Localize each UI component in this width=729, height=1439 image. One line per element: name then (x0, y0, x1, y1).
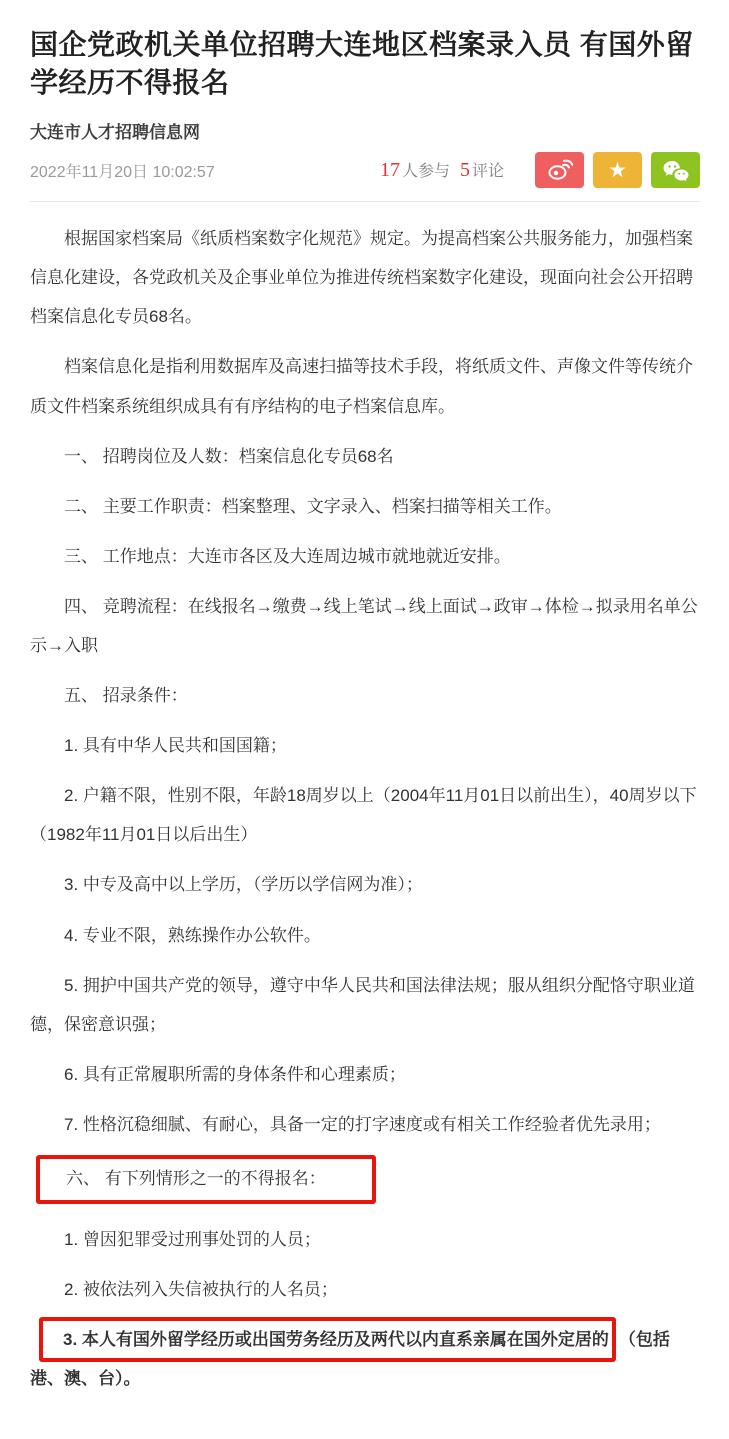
exclusion-2: 2. 被依法列入失信被执行的人名员； (30, 1270, 700, 1309)
section-5-conditions: 五、 招录条件： (30, 676, 700, 715)
condition-5: 5. 拥护中国共产党的领导，遵守中华人民共和国法律法规；服从组织分配恪守职业道德… (30, 966, 700, 1044)
highlight-box-heading: 六、 有下列情形之一的不得报名： (36, 1155, 376, 1204)
condition-3: 3. 中专及高中以上学历，（学历以学信网为准）； (30, 865, 700, 904)
exclusion-3-highlighted: 3. 本人有国外留学经历或出国劳务经历及两代以内直系亲属在国外定居的（包括港、澳… (30, 1320, 700, 1398)
wechat-share-button[interactable] (651, 152, 700, 188)
publish-datetime: 2022年11月20日 10:02:57 (30, 159, 215, 182)
favorite-share-button[interactable]: ★ (593, 152, 642, 188)
highlight-box-inline: 3. 本人有国外留学经历或出国劳务经历及两代以内直系亲属在国外定居的 (39, 1317, 616, 1362)
weibo-icon (547, 159, 573, 181)
article-body: 根据国家档案局《纸质档案数字化规范》规定。为提高档案公共服务能力，加强档案信息化… (30, 202, 700, 1398)
condition-6: 6. 具有正常履职所需的身体条件和心理素质； (30, 1055, 700, 1094)
weibo-share-button[interactable] (535, 152, 584, 188)
article-page: 国企党政机关单位招聘大连地区档案录入员 有国外留学经历不得报名 大连市人才招聘信… (0, 0, 729, 1439)
page-title: 国企党政机关单位招聘大连地区档案录入员 有国外留学经历不得报名 (30, 26, 700, 102)
star-icon: ★ (608, 160, 627, 181)
engagement-stats: 17人参与5评论 (380, 158, 504, 182)
condition-1: 1. 具有中华人民共和国国籍； (30, 726, 700, 765)
comments-label: 评论 (472, 163, 504, 180)
participants-count: 17 (380, 159, 400, 181)
article-source: 大连市人才招聘信息网 (30, 118, 700, 143)
wechat-icon (662, 159, 690, 181)
condition-2: 2. 户籍不限，性别不限，年龄18周岁以上（2004年11月01日以前出生），4… (30, 776, 700, 854)
section-1-position: 一、 招聘岗位及人数：档案信息化专员68名 (30, 437, 700, 476)
participants-stat[interactable]: 17人参与 (380, 163, 450, 180)
participants-label: 人参与 (402, 163, 450, 180)
section-3-location: 三、 工作地点：大连市各区及大连周边城市就地就近安排。 (30, 537, 700, 576)
meta-right-group: 17人参与5评论 ★ (380, 152, 700, 188)
intro-paragraph-2: 档案信息化是指利用数据库及高速扫描等技术手段，将纸质文件、声像文件等传统介质文件… (30, 347, 700, 425)
condition-7: 7. 性格沉稳细腻、有耐心，具备一定的打字速度或有相关工作经验者优先录用； (30, 1105, 700, 1144)
section-4-process: 四、 竞聘流程：在线报名→缴费→线上笔试→线上面试→政审→体检→拟录用名单公示→… (30, 587, 700, 665)
section-2-duties: 二、 主要工作职责：档案整理、文字录入、档案扫描等相关工作。 (30, 487, 700, 526)
exclusion-1: 1. 曾因犯罪受过刑事处罚的人员； (30, 1220, 700, 1259)
comments-count: 5 (460, 159, 470, 181)
intro-paragraph-1: 根据国家档案局《纸质档案数字化规范》规定。为提高档案公共服务能力，加强档案信息化… (30, 219, 700, 336)
condition-4: 4. 专业不限，熟练操作办公软件。 (30, 916, 700, 955)
section-6-exclusions-heading: 六、 有下列情形之一的不得报名： (30, 1155, 700, 1204)
comments-stat[interactable]: 5评论 (460, 163, 504, 180)
meta-row: 2022年11月20日 10:02:57 17人参与5评论 (30, 152, 700, 188)
